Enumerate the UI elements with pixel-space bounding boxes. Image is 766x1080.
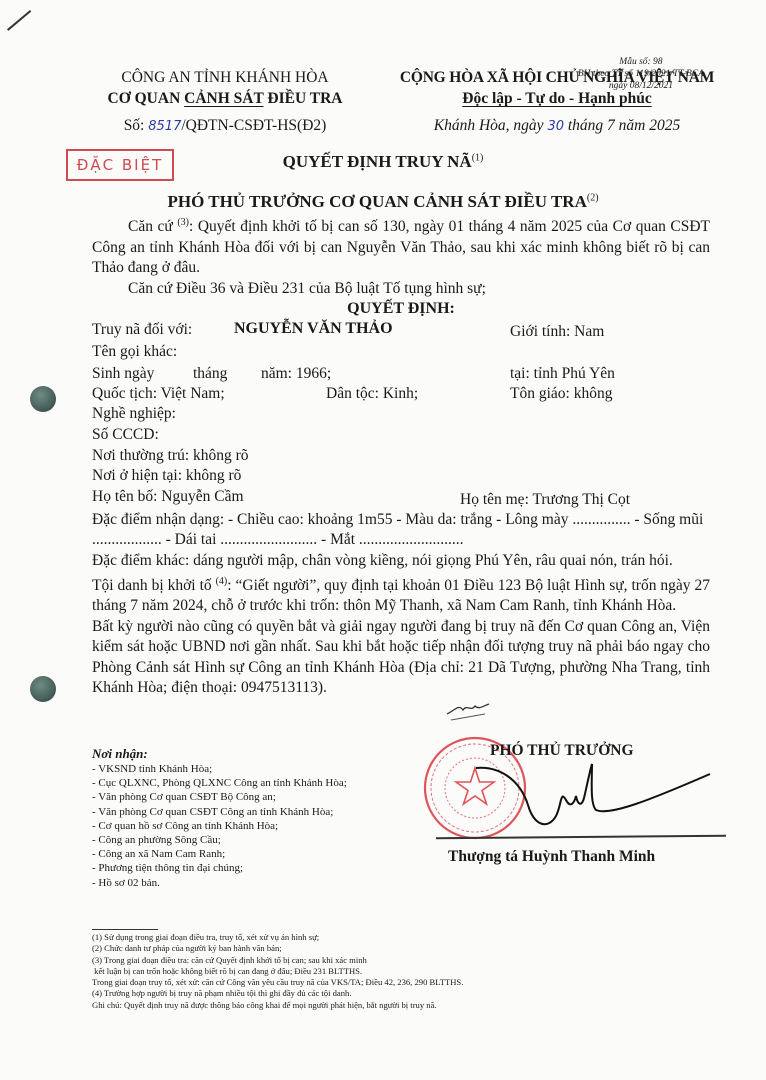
signer-name: Thượng tá Huỳnh Thanh Minh xyxy=(448,848,655,866)
document-number: Số: 8517/QĐTN-CSĐT-HS(Đ2) xyxy=(80,112,370,141)
footnote: (3) Trong giai đoạn điều tra: căn cứ Quy… xyxy=(92,955,463,966)
charge: Tội danh bị khởi tố (4): “Giết người”, q… xyxy=(92,572,710,617)
recipient-item: - Văn phòng Cơ quan CSĐT Bộ Công an; xyxy=(92,790,347,804)
recipient-item: - Công an xã Nam Cam Ranh; xyxy=(92,847,347,861)
birth-year: năm: 1966; xyxy=(261,364,331,384)
charge-lead: Tội danh bị khởi tố xyxy=(92,577,216,594)
number-label: Số: xyxy=(124,117,149,134)
authority-text: PHÓ THỦ TRƯỞNG CƠ QUAN CẢNH SÁT ĐIỀU TRA xyxy=(167,192,586,211)
department-prefix: CƠ QUAN xyxy=(108,90,185,107)
form-number-line: Mẫu số: 98 xyxy=(578,56,704,68)
birth-month: tháng xyxy=(193,364,227,384)
footnote: kết luận bị can trốn hoặc không biết rõ … xyxy=(92,966,463,977)
issue-date: Khánh Hòa, ngày 30 tháng 7 năm 2025 xyxy=(372,112,742,141)
identifying-features-cont: .................. - Dái tai ...........… xyxy=(92,530,464,550)
father-name: Họ tên bố: Nguyễn Cầm xyxy=(92,487,244,507)
initials-mark xyxy=(445,700,495,722)
number-code: /QĐTN-CSĐT-HS(Đ2) xyxy=(181,117,326,134)
punch-hole-icon xyxy=(30,386,56,412)
issuer-department: CƠ QUAN CẢNH SÁT ĐIỀU TRA xyxy=(80,88,370,110)
issuer-agency: CÔNG AN TỈNH KHÁNH HÒA xyxy=(80,68,370,88)
footnote: (4) Trường hợp người bị truy nã phạm nhi… xyxy=(92,988,463,999)
permanent-residence: Nơi thường trú: không rõ xyxy=(92,446,249,466)
wanted-label: Truy nã đối với: xyxy=(92,321,192,338)
footnote: (1) Sử dụng trong giai đoạn điều tra, tr… xyxy=(92,932,463,943)
date-prefix: Khánh Hòa, ngày xyxy=(434,117,548,134)
date-suffix: tháng 7 năm 2025 xyxy=(564,117,680,134)
arrest-instruction: Bất kỳ người nào cũng có quyền bắt và gi… xyxy=(92,617,710,699)
department-underlined: CẢNH SÁT xyxy=(184,90,263,107)
occupation: Nghề nghiệp: xyxy=(92,404,176,424)
decision-heading: QUYẾT ĐỊNH: xyxy=(92,299,710,320)
issuer-header: CÔNG AN TỈNH KHÁNH HÒA CƠ QUAN CẢNH SÁT … xyxy=(80,68,370,141)
wanted-name: NGUYỄN VĂN THẢO xyxy=(234,319,393,339)
recipient-item: - Văn phòng Cơ quan CSĐT Công an tỉnh Kh… xyxy=(92,805,347,819)
footnote-ref: (1) xyxy=(472,152,484,163)
wanted-row: Truy nã đối với: xyxy=(92,320,192,340)
document-title: QUYẾT ĐỊNH TRUY NÃ(1) xyxy=(0,152,766,172)
basis-paragraph-2: Căn cứ Điều 36 và Điều 231 của Bộ luật T… xyxy=(92,279,710,300)
other-features: Đặc điểm khác: dáng người mập, chân vòng… xyxy=(92,551,710,572)
footnote: (2) Chức danh tư pháp của người ký ban h… xyxy=(92,943,463,954)
department-suffix: ĐIỀU TRA xyxy=(264,90,343,107)
country-name: CỘNG HÒA XÃ HỘI CHỦ NGHĨA VIỆT NAM xyxy=(372,68,742,88)
basis-paragraph-1: Căn cứ (3): Quyết định khởi tố bị can số… xyxy=(92,213,710,279)
title-text: QUYẾT ĐỊNH TRUY NÃ xyxy=(283,152,472,171)
national-header: CỘNG HÒA XÃ HỘI CHỦ NGHĨA VIỆT NAM Độc l… xyxy=(372,68,742,141)
handwritten-number: 8517 xyxy=(148,119,181,134)
ethnicity: Dân tộc: Kinh; xyxy=(326,384,418,404)
footnote-ref: (4) xyxy=(216,576,228,587)
footnote-divider xyxy=(92,929,158,930)
birth-place: tại: tỉnh Phú Yên xyxy=(510,364,615,384)
national-motto: Độc lập - Tự do - Hạnh phúc xyxy=(372,88,742,110)
signatory-title: PHÓ THỦ TRƯỞNG xyxy=(490,742,634,760)
handwritten-day: 30 xyxy=(547,119,564,134)
basis-section: Căn cứ (3): Quyết định khởi tố bị can số… xyxy=(92,213,710,320)
recipient-item: - Cục QLXNC, Phòng QLXNC Công an tỉnh Kh… xyxy=(92,776,347,790)
footnote: Ghi chú: Quyết định truy nã được thông b… xyxy=(92,1000,463,1011)
recipients-list: Nơi nhận: - VKSND tỉnh Khánh Hòa; - Cục … xyxy=(92,745,347,890)
recipient-item: - Cơ quan hồ sơ Công an tỉnh Khánh Hòa; xyxy=(92,819,347,833)
birth-day: Sinh ngày xyxy=(92,364,154,384)
basis-lead: Căn cứ xyxy=(128,218,177,235)
gender: Giới tính: Nam xyxy=(510,322,604,342)
mother-name: Họ tên mẹ: Trương Thị Cọt xyxy=(460,490,630,510)
authority-title: PHÓ THỦ TRƯỞNG CƠ QUAN CẢNH SÁT ĐIỀU TRA… xyxy=(0,192,766,212)
alias: Tên gọi khác: xyxy=(92,342,177,362)
punch-hole-icon xyxy=(30,676,56,702)
footnote-ref: (2) xyxy=(587,192,599,203)
details-section: Đặc điểm khác: dáng người mập, chân vòng… xyxy=(92,551,710,699)
signature-mark xyxy=(470,760,720,840)
identifying-features: Đặc điểm nhận dạng: - Chiều cao: khoảng … xyxy=(92,510,703,530)
footnotes: (1) Sử dụng trong giai đoạn điều tra, tr… xyxy=(92,932,463,1011)
id-number: Số CCCD: xyxy=(92,425,159,445)
recipient-item: - Công an phường Sông Cầu; xyxy=(92,833,347,847)
footnote-ref: (3) xyxy=(177,217,189,228)
nationality: Quốc tịch: Việt Nam; xyxy=(92,384,225,404)
pen-mark xyxy=(7,10,31,31)
religion: Tôn giáo: không xyxy=(510,384,612,404)
recipient-item: - Phương tiện thông tin đại chúng; xyxy=(92,861,347,875)
recipients-heading: Nơi nhận: xyxy=(92,745,347,762)
recipient-item: - Hồ sơ 02 bản. xyxy=(92,876,347,890)
current-residence: Nơi ở hiện tại: không rõ xyxy=(92,466,241,486)
recipient-item: - VKSND tỉnh Khánh Hòa; xyxy=(92,762,347,776)
footnote: Trong giai đoạn truy tố, xét xử: căn cứ … xyxy=(92,977,463,988)
